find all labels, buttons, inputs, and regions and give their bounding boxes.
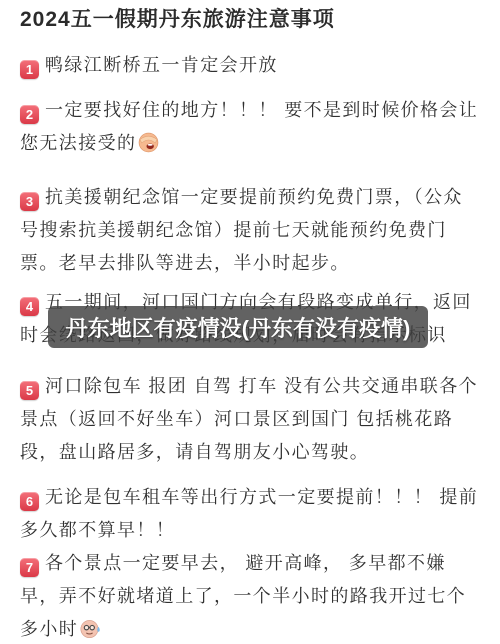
note-page: 2024五一假期丹东旅游注意事项 1鸭绿江断桥五一肯定会开放 2一定要找好住的地… bbox=[0, 0, 500, 644]
tip-item-2: 2一定要找好住的地方！！！ 要不是到时候价格会让您无法接受的 bbox=[20, 94, 480, 160]
tip-item-1: 1鸭绿江断桥五一肯定会开放 bbox=[20, 49, 480, 82]
tip-item-3: 3抗美援朝纪念馆一定要提前预约免费门票，（公众号搜索抗美援朝纪念馆）提前七天就能… bbox=[20, 181, 480, 280]
keycap-4-icon: 4 bbox=[20, 297, 39, 316]
tip-text-6: 无论是包车租车等出行方式一定要提前！！！ 提前多久都不算早！！ bbox=[20, 487, 478, 540]
tip-text-1: 鸭绿江断桥五一肯定会开放 bbox=[45, 55, 278, 75]
caption-overlay: 丹东地区有疫情没(丹东有没有疫情) bbox=[48, 306, 428, 348]
keycap-5-icon: 5 bbox=[20, 381, 39, 400]
keycap-3-icon: 3 bbox=[20, 192, 39, 211]
tip-item-7: 7各个景点一定要早去， 避开高峰， 多早都不嫌早，弄不好就堵道上了，一个半小时的… bbox=[20, 547, 480, 644]
keycap-1-icon: 1 bbox=[20, 60, 39, 79]
keycap-2-icon: 2 bbox=[20, 105, 39, 124]
sweat-emoji-icon bbox=[80, 618, 101, 639]
keycap-7-icon: 7 bbox=[20, 558, 39, 577]
caption-overlay-text: 丹东地区有疫情没(丹东有没有疫情) bbox=[66, 312, 411, 343]
keycap-6-icon: 6 bbox=[20, 492, 39, 511]
tip-item-6: 6无论是包车租车等出行方式一定要提前！！！ 提前多久都不算早！！ bbox=[20, 481, 480, 547]
tip-text-5: 河口除包车 报团 自驾 打车 没有公共交通串联各个景点（返回不好坐车）河口景区到… bbox=[20, 376, 478, 462]
tip-text-2: 一定要找好住的地方！！！ 要不是到时候价格会让您无法接受的 bbox=[20, 100, 478, 153]
facepalm-emoji-icon bbox=[138, 132, 159, 153]
tip-item-5: 5河口除包车 报团 自驾 打车 没有公共交通串联各个景点（返回不好坐车）河口景区… bbox=[20, 370, 480, 469]
page-title: 2024五一假期丹东旅游注意事项 bbox=[20, 5, 480, 34]
tip-text-3: 抗美援朝纪念馆一定要提前预约免费门票，（公众号搜索抗美援朝纪念馆）提前七天就能预… bbox=[20, 187, 463, 273]
